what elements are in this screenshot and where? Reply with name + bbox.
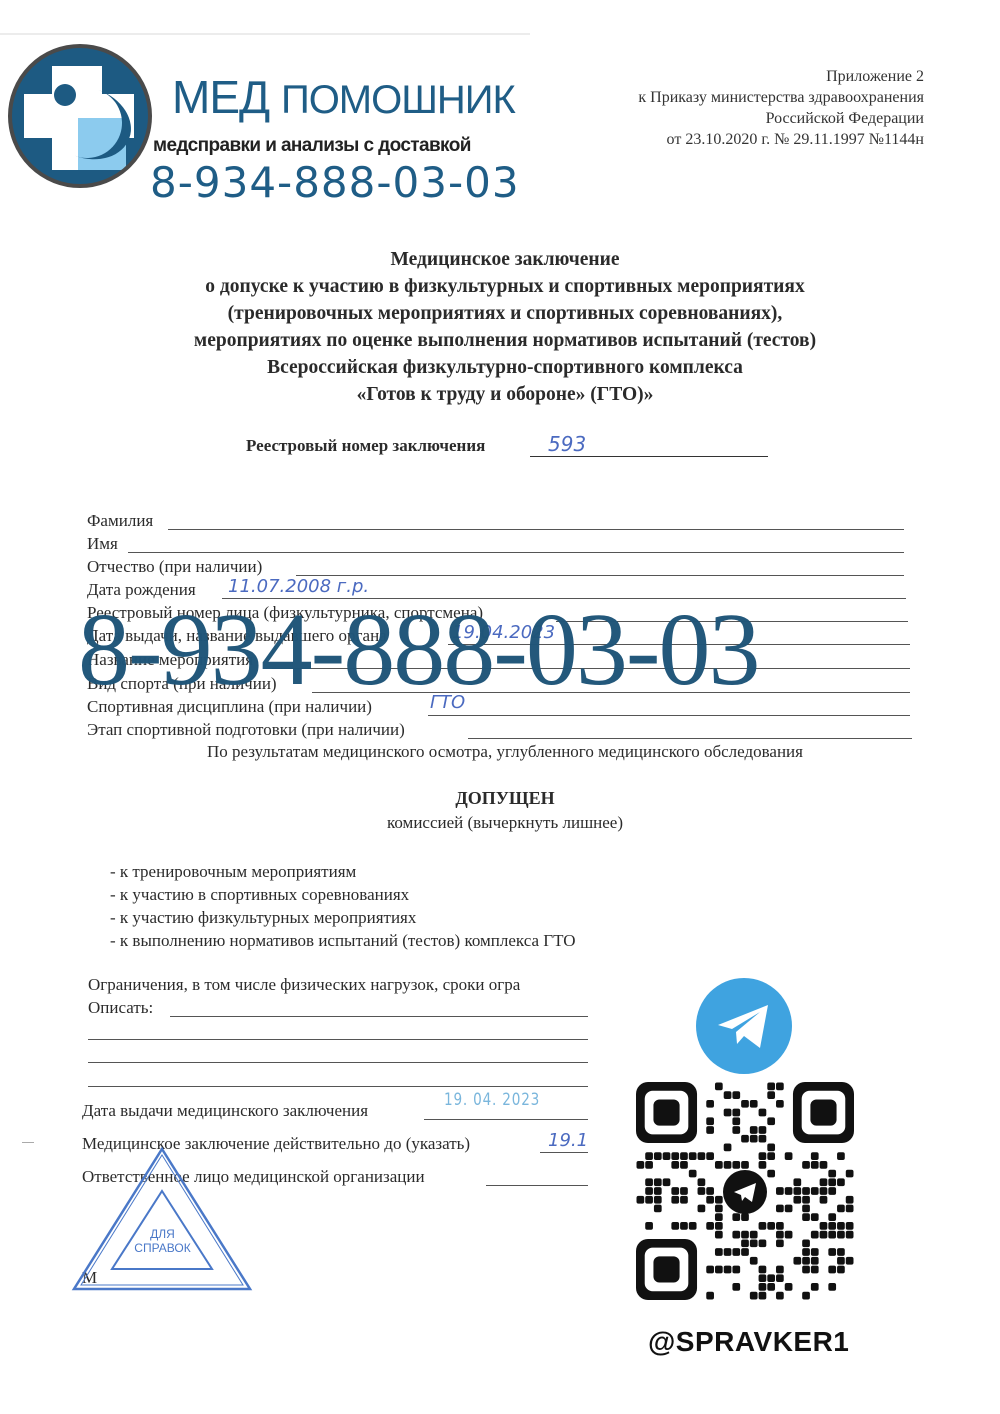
issue-date-label: Дата выдачи медицинского заключения [82, 1101, 368, 1121]
list-item: - к участию физкультурных мероприятиях [110, 906, 576, 929]
field-surname-line[interactable] [168, 529, 904, 530]
brand-phone[interactable]: 8-934-888-03-03 [150, 162, 520, 204]
field-name-line[interactable] [128, 552, 904, 553]
registry-field[interactable] [530, 456, 768, 457]
top-edge-line [0, 33, 530, 35]
admitted-subheading: комиссией (вычеркнуть лишнее) [0, 813, 1000, 833]
brand-tagline: медсправки и анализы с доставкой [153, 135, 471, 157]
logo-icon [8, 44, 152, 188]
field-stage-label: Этап спортивной подготовки (при наличии) [87, 720, 405, 740]
stamp-triangle-icon: ДЛЯ СПРАВОК [70, 1145, 255, 1295]
list-item: - к выполнению нормативов испытаний (тес… [110, 929, 576, 952]
field-discipline-line[interactable] [428, 715, 910, 716]
field-name-label: Имя [87, 534, 118, 554]
field-patronymic-line[interactable] [296, 575, 904, 576]
field-surname-label: Фамилия [87, 511, 153, 531]
valid-until-value: 19.1 [548, 1130, 588, 1151]
registry-label: Реестровый номер заключения [246, 436, 485, 456]
field-stage-line[interactable] [468, 738, 912, 739]
describe-line-1[interactable] [170, 1016, 588, 1017]
brand-name: МЕД ПОМОШНИК [172, 74, 515, 120]
list-item: - к тренировочным мероприятиям [110, 860, 576, 883]
telegram-handle[interactable]: @SPRAVKER1 [648, 1326, 849, 1358]
admitted-heading: ДОПУЩЕН [0, 788, 1000, 809]
registry-value: 593 [548, 432, 586, 456]
issue-date-line[interactable] [424, 1119, 588, 1120]
results-line: По результатам медицинского осмотра, угл… [0, 742, 1000, 762]
describe-line-4[interactable] [88, 1086, 588, 1087]
appendix-note: Приложение 2 к Приказу министерства здра… [638, 66, 924, 150]
field-patronymic-label: Отчество (при наличии) [87, 557, 262, 577]
watermark-phone: 8-934-888-03-03 [78, 598, 759, 702]
valid-until-line[interactable] [540, 1152, 588, 1153]
admitted-list: - к тренировочным мероприятиям - к участ… [110, 860, 576, 952]
describe-line-3[interactable] [88, 1062, 588, 1063]
issue-date-stamp: 19. 04. 2023 [444, 1090, 540, 1110]
restrictions-label: Ограничения, в том числе физических нагр… [88, 975, 588, 995]
describe-line-2[interactable] [88, 1039, 588, 1040]
document-title: Медицинское заключение о допуске к участ… [0, 246, 1000, 408]
stamp-text: ДЛЯ СПРАВОК [70, 1227, 255, 1255]
describe-label: Описать: [88, 998, 153, 1018]
qr-code[interactable] [636, 1082, 854, 1302]
responsible-line[interactable] [486, 1185, 588, 1186]
list-item: - к участию в спортивных соревнованиях [110, 883, 576, 906]
telegram-icon[interactable] [696, 978, 792, 1074]
